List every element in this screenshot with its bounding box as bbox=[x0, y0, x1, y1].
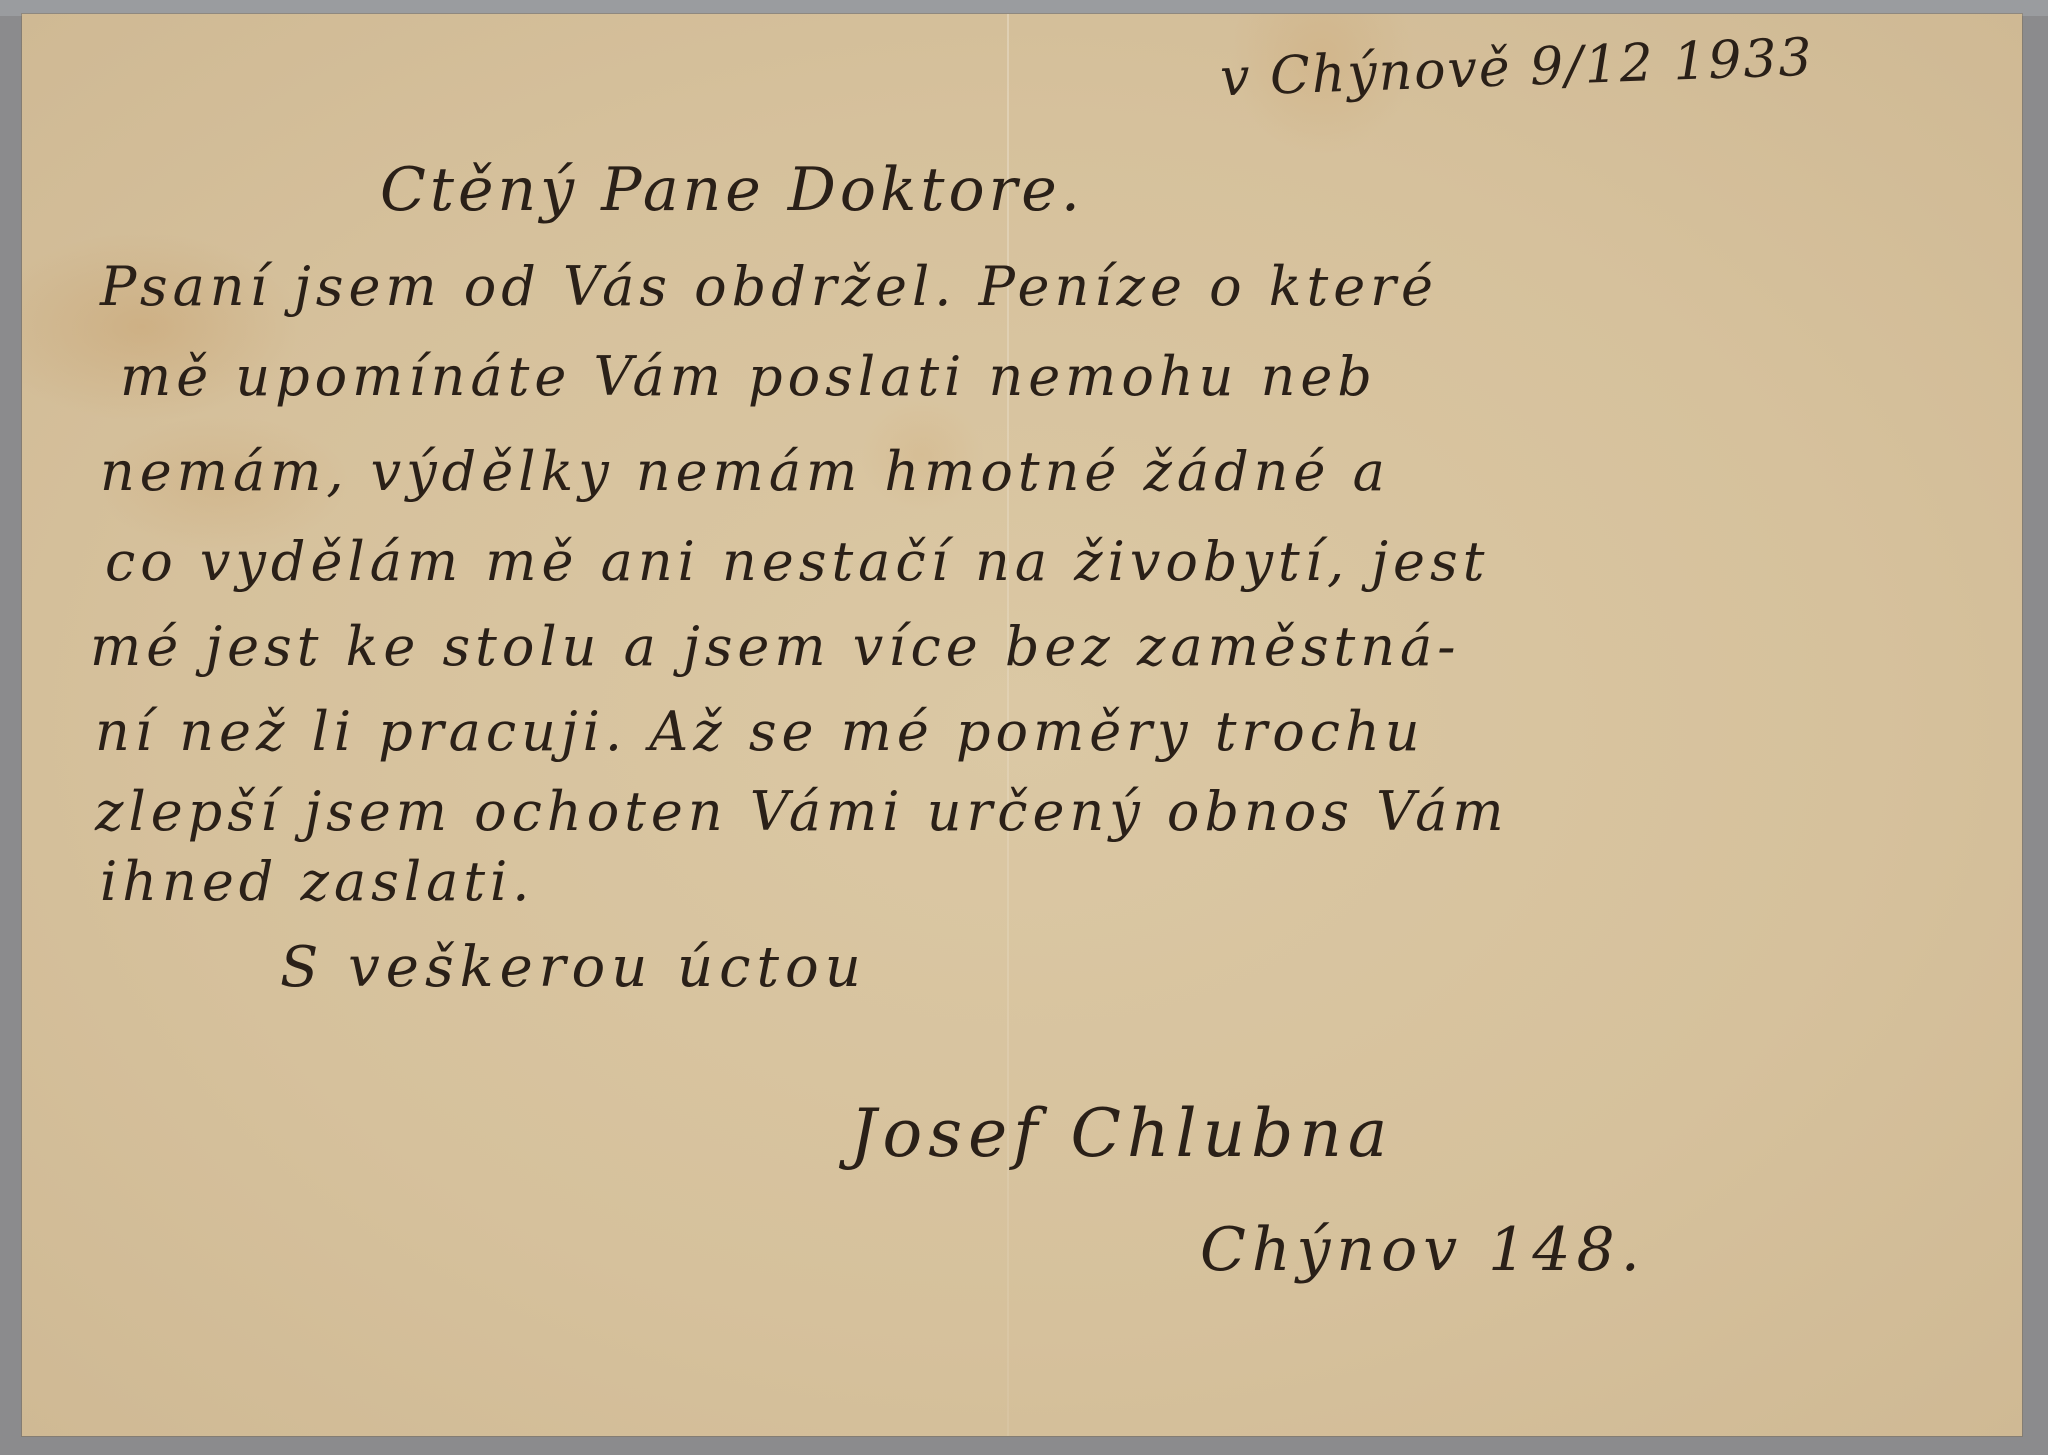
body-line-4: co vydělám mě ani nestačí na živobytí, j… bbox=[105, 530, 1489, 593]
body-line-5: mé jest ke stolu a jsem více bez zaměstn… bbox=[90, 615, 1460, 678]
body-line-1: Psaní jsem od Vás obdržel. Peníze o kter… bbox=[100, 255, 1438, 318]
body-line-6: ní než li pracuji. Až se mé poměry troch… bbox=[95, 700, 1425, 763]
salutation: Ctěný Pane Doktore. bbox=[380, 155, 1084, 225]
body-line-3: nemám, výdělky nemám hmotné žádné a bbox=[100, 440, 1390, 503]
closing: S veškerou úctou bbox=[280, 935, 867, 1000]
sender-address: Chýnov 148. bbox=[1200, 1215, 1646, 1285]
signature: Josef Chlubna bbox=[850, 1095, 1393, 1172]
body-line-8: ihned zaslati. bbox=[100, 850, 534, 913]
body-line-2: mě upomínáte Vám poslati nemohu neb bbox=[120, 345, 1377, 408]
body-line-7: zlepší jsem ochoten Vámi určený obnos Vá… bbox=[95, 780, 1509, 843]
